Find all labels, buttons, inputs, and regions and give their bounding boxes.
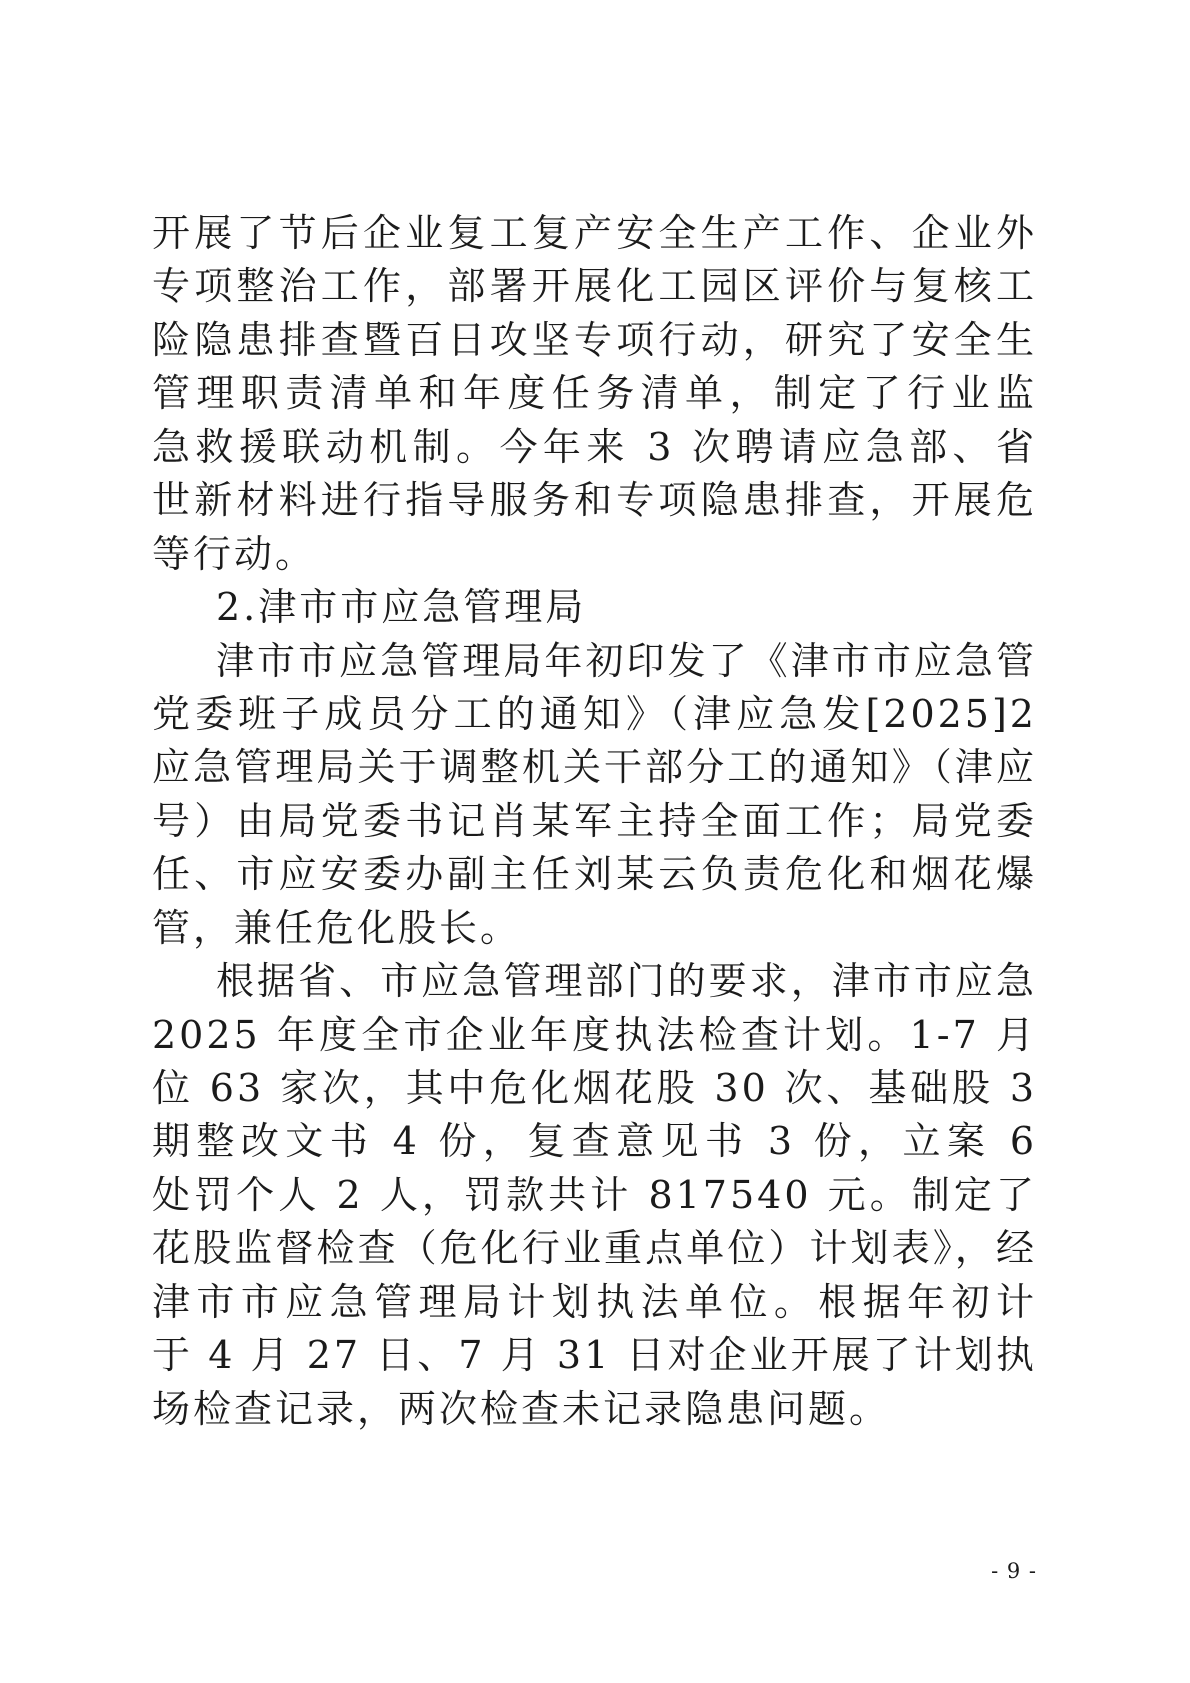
text-line: 2025 年度全市企业年度执法检查计划。1-7 月共检查生产经营单 (152, 1009, 1037, 1062)
text-line: 津市市应急管理局年初印发了《津市市应急管理局关于明确 (152, 635, 1037, 688)
text-line: 花股监督检查（危化行业重点单位）计划表》，经世新公司属于 (152, 1222, 1037, 1275)
text-line: 于 4 月 27 日、7 月 31 日对企业开展了计划执法检查并下达了现 (152, 1329, 1037, 1382)
document-page: 开展了节后企业复工复产安全生产工作、企业外包施工作业安全 专项整治工作，部署开展… (0, 0, 1190, 1683)
text-line: 开展了节后企业复工复产安全生产工作、企业外包施工作业安全 (152, 207, 1037, 260)
text-line: 世新材料进行指导服务和专项隐患排查，开展危化品运输六必查 (152, 474, 1037, 527)
document-text-block: 开展了节后企业复工复产安全生产工作、企业外包施工作业安全 专项整治工作，部署开展… (152, 207, 1037, 1436)
text-line: 津市市应急管理局计划执法单位。根据年初计划，津市市应急局 (152, 1276, 1037, 1329)
text-line: 应急管理局关于调整机关干部分工的通知》（津应急发[2025]3 (152, 741, 1037, 794)
text-line: 任、市应安委办副主任刘某云负责危化和烟花爆竹行业领域监 (152, 848, 1037, 901)
text-line: 管理职责清单和年度任务清单，制定了行业监管、协同执法和应 (152, 367, 1037, 420)
text-line: 险隐患排查暨百日攻坚专项行动，研究了安全生产与应急一体化 (152, 314, 1037, 367)
text-line: 急救援联动机制。今年来 3 次聘请应急部、省厅、市级专家对经 (152, 421, 1037, 474)
text-line: 管，兼任危化股长。 (152, 902, 1037, 955)
text-line: 期整改文书 4 份，复查意见书 3 份，立案 6 起，处罚企业 3 家， (152, 1115, 1037, 1168)
text-line: 党委班子成员分工的通知》（津应急发[2025]2 号）、《津市市 (152, 688, 1037, 741)
text-line: 位 63 家次，其中危化烟花股 30 次、基础股 33 次，下达责令限 (152, 1062, 1037, 1115)
page-number: - 9 - (991, 1559, 1037, 1583)
text-line: 场检查记录，两次检查未记录隐患问题。 (152, 1383, 1037, 1436)
text-line: 专项整治工作，部署开展化工园区评价与复核工作、重大安全风 (152, 260, 1037, 313)
text-line: 根据省、市应急管理部门的要求，津市市应急管理局制定了 (152, 955, 1037, 1008)
text-line: 处罚个人 2 人，罚款共计 817540 元。制定了《2025 年度危化烟 (152, 1169, 1037, 1222)
section-heading: 2.津市市应急管理局 (152, 581, 1037, 634)
text-line: 等行动。 (152, 528, 1037, 581)
text-line: 号）由局党委书记肖某军主持全面工作；局党委委员、政工室主 (152, 795, 1037, 848)
